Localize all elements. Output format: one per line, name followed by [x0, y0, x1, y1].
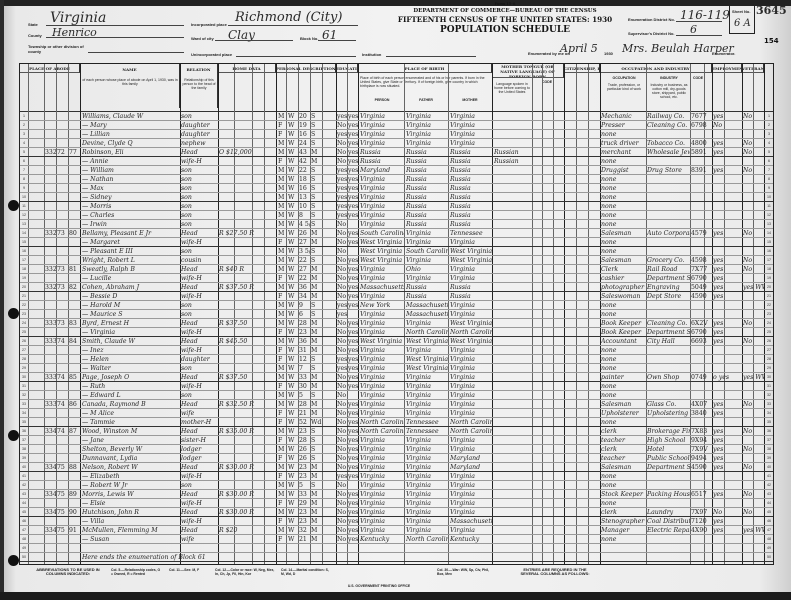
- can-read-write-cell: yes: [348, 157, 358, 166]
- person-name-cell: — Tammie: [82, 418, 180, 427]
- race-cell: W: [288, 346, 298, 355]
- industry-cell: Cleaning Co.: [647, 121, 690, 130]
- occupation-cell: Stenographer: [601, 517, 646, 526]
- person-name-cell: — Maurice S: [82, 310, 180, 319]
- employed-cell: [713, 364, 741, 373]
- dwelling-number-cell: [45, 454, 56, 463]
- age-cell: [299, 553, 310, 562]
- marital-status-cell: [311, 544, 322, 553]
- occupation-cell: photographer: [601, 283, 646, 292]
- dwelling-number-cell: [45, 202, 56, 211]
- relation-cell: daughter: [181, 355, 218, 364]
- industry-cell: [647, 355, 690, 364]
- visitation-number-cell: [69, 175, 80, 184]
- dwelling-number-cell: 3330: [45, 319, 56, 328]
- person-name-cell: — Bessie D: [82, 292, 180, 301]
- sex-cell: M: [278, 463, 286, 472]
- industry-cell: Auto Corporation: [647, 229, 690, 238]
- occupation-cell: none: [601, 391, 646, 400]
- table-row: 5533207277Robinson, EliHeadO $12,000MW43…: [20, 148, 773, 157]
- birthplace-father-cell: [406, 544, 448, 553]
- relation-cell: son: [181, 220, 218, 229]
- line-number: 7: [20, 166, 28, 175]
- table-row: 5050Here ends the enumeration of Block 6…: [20, 553, 773, 562]
- scan-border-left: [0, 0, 4, 600]
- schedule-title: POPULATION SCHEDULE: [345, 25, 665, 35]
- marital-status-cell: M: [311, 382, 322, 391]
- state-value: Virginia: [50, 10, 106, 26]
- birthplace-person-cell: Virginia: [360, 481, 404, 490]
- dwelling-number-cell: [45, 436, 56, 445]
- family-number-cell: 73: [57, 265, 68, 274]
- person-name-cell: — Ruth: [82, 382, 180, 391]
- industry-cell: Laundry: [647, 508, 690, 517]
- stamp-number: 3645: [756, 4, 787, 17]
- line-number-right: 46: [765, 517, 773, 526]
- attended-school-cell: yes: [337, 175, 347, 184]
- visitation-number-cell: [69, 454, 80, 463]
- can-read-write-cell: yes: [348, 166, 358, 175]
- relation-cell: wife-H: [181, 517, 218, 526]
- occupation-cell: Clerk: [601, 265, 646, 274]
- mother-tongue-cell: [494, 535, 532, 544]
- marital-status-cell: S: [311, 247, 322, 256]
- birthplace-person-cell: Kentucky: [360, 535, 404, 544]
- can-read-write-cell: [348, 391, 358, 400]
- veteran-cell: [743, 211, 764, 220]
- birthplace-person-cell: New York: [360, 301, 404, 310]
- attended-school-cell: No: [337, 436, 347, 445]
- attended-school-cell: No: [337, 319, 347, 328]
- marital-status-cell: S: [311, 436, 322, 445]
- occupation-cell: Druggist: [601, 166, 646, 175]
- attended-school-cell: No: [337, 526, 347, 535]
- relation-cell: wife-H: [181, 157, 218, 166]
- table-row: 1111— MorrissonMW10SyesyesVirginiaRussia…: [20, 202, 773, 211]
- birthplace-father-cell: Virginia: [406, 517, 448, 526]
- race-cell: W: [288, 211, 298, 220]
- sex-cell: F: [278, 274, 286, 283]
- age-cell: 4 5/12: [299, 220, 310, 229]
- employed-cell: yes: [713, 409, 741, 418]
- birthplace-father-cell: Russia: [406, 292, 448, 301]
- employed-cell: yes: [713, 490, 741, 499]
- relation-cell: wife-H: [181, 274, 218, 283]
- veteran-cell: No: [743, 229, 764, 238]
- industry-cell: Glass Co.: [647, 400, 690, 409]
- can-read-write-cell: yes: [348, 508, 358, 517]
- mother-tongue-cell: [494, 463, 532, 472]
- family-number-cell: [57, 553, 68, 562]
- occupation-code-cell: 6693: [691, 337, 711, 346]
- ward-label: Ward of city: [191, 36, 214, 41]
- age-cell: 23: [299, 427, 310, 436]
- birthplace-person-cell: Massachusetts: [360, 283, 404, 292]
- attended-school-cell: No: [337, 247, 347, 256]
- dwelling-number-cell: [45, 274, 56, 283]
- mother-tongue-cell: [494, 292, 532, 301]
- birthplace-father-cell: [406, 553, 448, 562]
- attended-school-cell: No: [337, 265, 347, 274]
- dwelling-number-cell: 3324: [45, 229, 56, 238]
- industry-cell: [647, 238, 690, 247]
- mother-tongue-cell: [494, 526, 532, 535]
- occupation-cell: teacher: [601, 436, 646, 445]
- relation-cell: son: [181, 310, 218, 319]
- occupation-cell: clerk: [601, 427, 646, 436]
- visitation-number-cell: [69, 391, 80, 400]
- birthplace-person-cell: Virginia: [360, 112, 404, 121]
- birthplace-mother-cell: Virginia: [450, 499, 492, 508]
- can-read-write-cell: yes: [348, 373, 358, 382]
- can-read-write-cell: yes: [348, 445, 358, 454]
- marital-status-cell: M: [311, 265, 322, 274]
- occupation-code-cell: 4800: [691, 139, 711, 148]
- line-number: 24: [20, 319, 28, 328]
- employed-cell: No: [713, 121, 741, 130]
- mother-tongue-cell: [494, 508, 532, 517]
- race-cell: W: [288, 121, 298, 130]
- sex-cell: M: [278, 481, 286, 490]
- sex-cell: M: [278, 211, 286, 220]
- age-cell: 36: [299, 337, 310, 346]
- home-data-cell: [219, 481, 275, 490]
- line-number-right: 45: [765, 508, 773, 517]
- race-cell: W: [288, 202, 298, 211]
- home-data-cell: [219, 310, 275, 319]
- age-cell: 24: [299, 139, 310, 148]
- birthplace-mother-cell: Russia: [450, 157, 492, 166]
- relation-cell: [181, 544, 218, 553]
- occupation-cell: Saleswoman: [601, 292, 646, 301]
- line-number-right: 47: [765, 526, 773, 535]
- birthplace-mother-cell: North Carolina: [450, 418, 492, 427]
- line-number-right: 39: [765, 454, 773, 463]
- birthplace-mother-cell: Tennessee: [450, 229, 492, 238]
- birthplace-person-cell: Virginia: [360, 220, 404, 229]
- can-read-write-cell: yes: [348, 517, 358, 526]
- age-cell: 8: [299, 211, 310, 220]
- can-read-write-cell: yes: [348, 436, 358, 445]
- page-number: 154: [764, 37, 779, 45]
- birthplace-person-cell: Virginia: [360, 355, 404, 364]
- institution-underline: [386, 56, 476, 57]
- family-number-cell: 75: [57, 526, 68, 535]
- birthplace-person-cell: North Carolina: [360, 418, 404, 427]
- veteran-cell: [743, 175, 764, 184]
- race-cell: W: [288, 499, 298, 508]
- veteran-cell: [743, 544, 764, 553]
- line-number: 3: [20, 130, 28, 139]
- mother-tongue-cell: [494, 202, 532, 211]
- census-title: FIFTEENTH CENSUS OF THE UNITED STATES: 1…: [345, 15, 665, 24]
- person-name-cell: — Edward L: [82, 391, 180, 400]
- dwelling-number-cell: [45, 193, 56, 202]
- birthplace-person-cell: Virginia: [360, 445, 404, 454]
- col30-note: Col. 30.—War: WW, Sp, Civ, Phil, Box, Me…: [437, 568, 497, 576]
- can-read-write-cell: yes: [348, 175, 358, 184]
- family-number-cell: 74: [57, 400, 68, 409]
- visitation-number-cell: [69, 517, 80, 526]
- table-row: 1010— SidneysonMW13SyesyesVirginiaRussia…: [20, 193, 773, 202]
- employed-cell: yes: [713, 166, 741, 175]
- attended-school-cell: No: [337, 274, 347, 283]
- occupation-code-cell: [691, 130, 711, 139]
- visitation-number-cell: [69, 256, 80, 265]
- home-data-cell: [219, 139, 275, 148]
- birthplace-person-cell: Virginia: [360, 400, 404, 409]
- group-occupation-industry: OCCUPATION AND INDUSTRY: [600, 64, 712, 73]
- employed-cell: yes: [713, 436, 741, 445]
- veteran-cell: [743, 202, 764, 211]
- sex-cell: M: [278, 427, 286, 436]
- race-cell: W: [288, 490, 298, 499]
- table-row: 2525— Virginiawife-HFW23MNoyesVirginiaNo…: [20, 328, 773, 337]
- employed-cell: yes: [713, 337, 741, 346]
- can-read-write-cell: yes: [348, 202, 358, 211]
- birthplace-person-cell: Virginia: [360, 310, 404, 319]
- age-cell: 29: [299, 499, 310, 508]
- table-row: 66— Anniewife-HFW42MNoyesRussiaRussiaRus…: [20, 157, 773, 166]
- person-name-cell: — Sidney: [82, 193, 180, 202]
- veteran-cell: No: [743, 445, 764, 454]
- birthplace-mother-cell: Virginia: [450, 301, 492, 310]
- industry-cell: [647, 418, 690, 427]
- visitation-number-cell: [69, 445, 80, 454]
- home-data-cell: R $30.00 R: [219, 490, 275, 499]
- occupation-cell: none: [601, 184, 646, 193]
- industry-cell: Cleaning Co.: [647, 319, 690, 328]
- industry-cell: Rail Road: [647, 265, 690, 274]
- can-read-write-cell: yes: [348, 463, 358, 472]
- relation-cell: son: [181, 166, 218, 175]
- line-number: 33: [20, 400, 28, 409]
- age-cell: 42: [299, 157, 310, 166]
- visitation-number-cell: [69, 346, 80, 355]
- relation-cell: lodger: [181, 454, 218, 463]
- dwelling-number-cell: [45, 247, 56, 256]
- mother-tongue-cell: [494, 373, 532, 382]
- sex-cell: M: [278, 175, 286, 184]
- table-row: 363633407487Wood, Winston MHeadR $35.00 …: [20, 427, 773, 436]
- occupation-cell: none: [601, 193, 646, 202]
- line-number-right: 17: [765, 256, 773, 265]
- home-data-cell: [219, 292, 275, 301]
- mother-tongue-cell: [494, 193, 532, 202]
- sex-cell: M: [278, 247, 286, 256]
- dwelling-number-cell: 3320: [45, 148, 56, 157]
- binder-hole-icon: [8, 308, 19, 319]
- marital-status-cell: M: [311, 499, 322, 508]
- race-cell: W: [288, 337, 298, 346]
- birthplace-father-cell: West Virginia: [406, 364, 448, 373]
- person-name-cell: Sweatly, Ralph B: [82, 265, 180, 274]
- race-cell: W: [288, 229, 298, 238]
- person-name-cell: — Max: [82, 184, 180, 193]
- birth-person-header: PERSON: [360, 98, 404, 106]
- occupation-cell: none: [601, 418, 646, 427]
- line-number: 22: [20, 301, 28, 310]
- mother-tongue-cell: [494, 481, 532, 490]
- marital-status-cell: M: [311, 490, 322, 499]
- table-row: 1212— CharlessonMW8SyesyesVirginiaRussia…: [20, 211, 773, 220]
- birthplace-person-cell: Virginia: [360, 175, 404, 184]
- family-number-cell: [57, 112, 68, 121]
- home-data-cell: [219, 130, 275, 139]
- table-row: 404033427588Nelson, Robert WHeadR $30.00…: [20, 463, 773, 472]
- family-number-cell: [57, 391, 68, 400]
- line-number-right: 43: [765, 490, 773, 499]
- dwelling-number-cell: [45, 166, 56, 175]
- line-number: 36: [20, 427, 28, 436]
- family-number-cell: [57, 445, 68, 454]
- sex-cell: F: [278, 355, 286, 364]
- attended-school-cell: No: [337, 508, 347, 517]
- age-cell: 26: [299, 454, 310, 463]
- birthplace-father-cell: Russia: [406, 202, 448, 211]
- age-cell: 28: [299, 400, 310, 409]
- line-number: 32: [20, 391, 28, 400]
- occupation-cell: none: [601, 355, 646, 364]
- industry-cell: [647, 391, 690, 400]
- employed-cell: yes: [713, 148, 741, 157]
- birthplace-mother-cell: Virginia: [450, 274, 492, 283]
- birthplace-person-cell: Virginia: [360, 328, 404, 337]
- birthplace-mother-cell: Virginia: [450, 400, 492, 409]
- marital-status-cell: S: [311, 184, 322, 193]
- mother-tongue-cell: [494, 229, 532, 238]
- family-number-cell: [57, 310, 68, 319]
- employed-cell: [713, 472, 741, 481]
- birthplace-mother-cell: Russia: [450, 211, 492, 220]
- age-cell: 23: [299, 508, 310, 517]
- industry-cell: Engraving: [647, 283, 690, 292]
- veteran-cell: yes WW: [743, 373, 764, 382]
- employed-cell: yes: [713, 112, 741, 121]
- industry-cell: Wholesale Jewelry: [647, 148, 690, 157]
- block-underline: [318, 40, 356, 41]
- home-data-cell: R $32.50 R: [219, 400, 275, 409]
- mother-tongue-cell: Russian: [494, 157, 532, 166]
- relation-cell: Head: [181, 283, 218, 292]
- family-number-cell: [57, 346, 68, 355]
- marital-status-cell: M: [311, 283, 322, 292]
- enumerated-year: 1930: [604, 51, 613, 56]
- employed-cell: yes: [713, 274, 741, 283]
- dwelling-number-cell: 3338: [45, 400, 56, 409]
- attended-school-cell: yes: [337, 166, 347, 175]
- birthplace-mother-cell: Russia: [450, 175, 492, 184]
- home-data-cell: O $12,000: [219, 148, 275, 157]
- visitation-number-cell: 87: [69, 427, 80, 436]
- race-cell: W: [288, 256, 298, 265]
- visitation-number-cell: 77: [69, 148, 80, 157]
- attended-school-cell: yes: [337, 112, 347, 121]
- birthplace-mother-cell: Virginia: [450, 139, 492, 148]
- line-number-right: 11: [765, 202, 773, 211]
- can-read-write-cell: yes: [348, 490, 358, 499]
- employed-cell: yes: [713, 265, 741, 274]
- age-cell: 52: [299, 418, 310, 427]
- birthplace-mother-cell: West Virginia: [450, 337, 492, 346]
- sex-cell: M: [278, 508, 286, 517]
- employed-cell: yes: [713, 319, 741, 328]
- can-read-write-cell: yes: [348, 238, 358, 247]
- birthplace-father-cell: Virginia: [406, 454, 448, 463]
- sheet-number-value: 6 A: [734, 18, 751, 29]
- age-cell: 30: [299, 382, 310, 391]
- attended-school-cell: yes: [337, 310, 347, 319]
- relation-cell: [181, 553, 218, 562]
- birthplace-person-cell: Virginia: [360, 436, 404, 445]
- relation-cell: wife-H: [181, 292, 218, 301]
- birthplace-mother-cell: Massachusetts: [450, 517, 492, 526]
- race-cell: W: [288, 220, 298, 229]
- birthplace-person-cell: South Carolina: [360, 229, 404, 238]
- mother-tongue-cell: [494, 382, 532, 391]
- person-name-cell: Wood, Winston M: [82, 427, 180, 436]
- group-employment: EMPLOYMENT: [712, 64, 742, 73]
- sex-cell: F: [278, 346, 286, 355]
- line-number: 17: [20, 256, 28, 265]
- attended-school-cell: No: [337, 157, 347, 166]
- birthplace-mother-cell: Virginia: [450, 373, 492, 382]
- industry-cell: [647, 346, 690, 355]
- line-number-right: 33: [765, 400, 773, 409]
- race-cell: W: [288, 364, 298, 373]
- mother-tongue-cell: [494, 517, 532, 526]
- birthplace-mother-cell: West Virginia: [450, 247, 492, 256]
- line-number: 29: [20, 364, 28, 373]
- occupation-code-cell: 4X07: [691, 400, 711, 409]
- age-cell: 13: [299, 193, 310, 202]
- mother-tongue-cell: [494, 400, 532, 409]
- relation-cell: wife-H: [181, 472, 218, 481]
- industry-cell: [647, 382, 690, 391]
- line-number-right: 49: [765, 544, 773, 553]
- birthplace-father-cell: South Carolina: [406, 247, 448, 256]
- attended-school-cell: No: [337, 400, 347, 409]
- veteran-cell: No: [743, 148, 764, 157]
- marital-status-cell: M: [311, 238, 322, 247]
- table-row: 434333457589Morris, Lewis WHeadR $30.00 …: [20, 490, 773, 499]
- marital-status-cell: M: [311, 346, 322, 355]
- line-number-right: 12: [765, 211, 773, 220]
- home-data-cell: [219, 436, 275, 445]
- col12-note: Col. 12.—Color or race: W, Neg, Mex, In,…: [215, 568, 275, 576]
- occupation-code-cell: [691, 544, 711, 553]
- group-citizenship: CITIZENSHIP, ETC.: [564, 64, 600, 73]
- race-cell: W: [288, 175, 298, 184]
- family-number-cell: 73: [57, 319, 68, 328]
- age-cell: 19: [299, 121, 310, 130]
- home-data-cell: R $30.00 R: [219, 463, 275, 472]
- person-name-cell: — Margaret: [82, 238, 180, 247]
- mother-tongue-cell: [494, 265, 532, 274]
- industry-cell: [647, 157, 690, 166]
- birthplace-person-cell: Virginia: [360, 265, 404, 274]
- birthplace-mother-cell: Virginia: [450, 265, 492, 274]
- marital-status-cell: S: [311, 310, 322, 319]
- veteran-cell: [743, 238, 764, 247]
- home-data-cell: R $40 R: [219, 265, 275, 274]
- sex-cell: M: [278, 256, 286, 265]
- relation-cell: Head: [181, 373, 218, 382]
- table-row: 141433247380Bellamy, Pleasant E JrHeadR …: [20, 229, 773, 238]
- home-data-cell: [219, 220, 275, 229]
- occupation-cell: Salesman: [601, 229, 646, 238]
- line-number-right: 1: [765, 112, 773, 121]
